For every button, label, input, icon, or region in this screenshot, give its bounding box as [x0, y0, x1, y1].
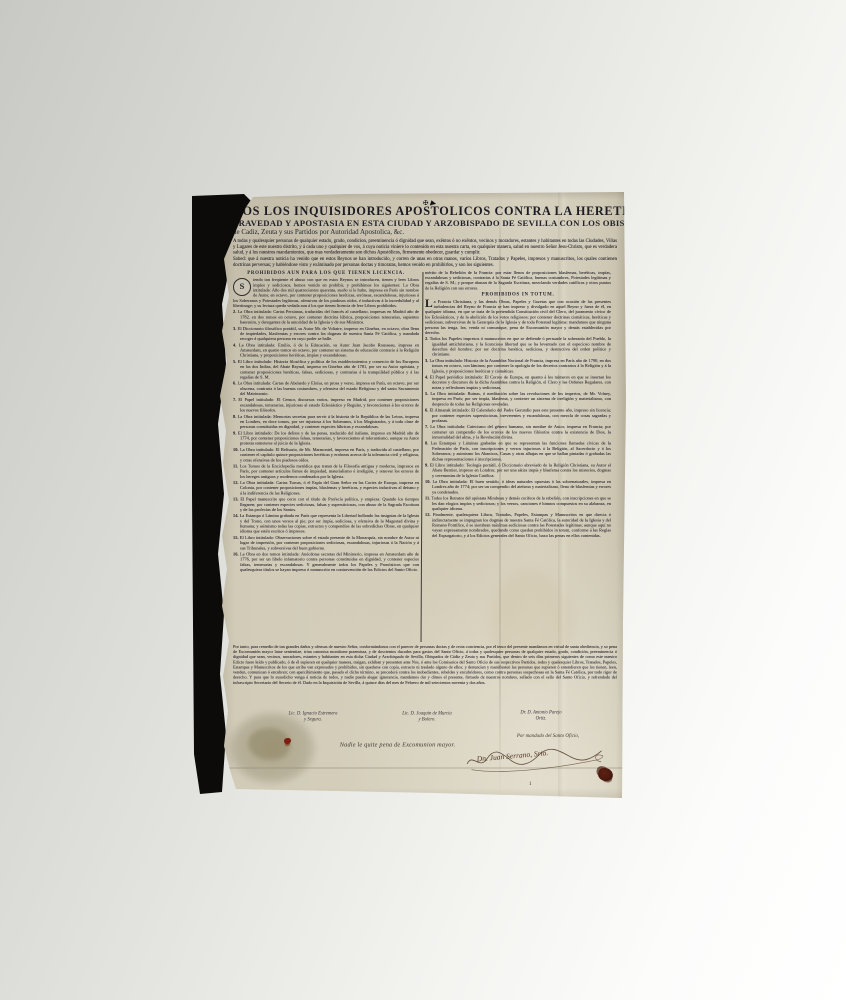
list-item: 6. El Almanak intitulado: El Calendario …: [425, 408, 611, 424]
list-item-text: La Obra intitulada: Cartas Persianas, tr…: [238, 309, 419, 324]
list-item-text: iendo tan freqüente el abuso con que en …: [233, 277, 419, 308]
item-number: 3.: [233, 326, 236, 331]
list-item: 8. Las Estampas y Láminas grabadas en qu…: [425, 441, 611, 462]
item-number: 5.: [425, 391, 428, 396]
excommunication-note: Nadie le quite pena de Excomunion mayor.: [320, 741, 475, 749]
list-item-text: La Obra en dos tomos intitulada: Anécdot…: [240, 551, 419, 572]
list-item: 10. La Obra intitulada: El Belisario, de…: [233, 447, 419, 463]
item-number: 4.: [233, 342, 236, 347]
page-number: 1: [529, 781, 532, 787]
list-item: 12. La Obra intitulada: Cartas Turcas, ó…: [233, 480, 419, 496]
list-item: 4. La Obra intitulada: Emilio, ó de la E…: [233, 342, 419, 358]
initial-roundel: S: [233, 278, 251, 296]
item-number: 14.: [233, 513, 239, 518]
edict-intro-paragraph: A todas y qualesquier personas de qualqu…: [233, 238, 617, 256]
edict-title-line2: PRAVEDAD Y APOSTASIA EN ESTA CIUDAD Y AR…: [233, 218, 617, 228]
item-number: 3.: [425, 358, 428, 363]
item-number: 7.: [233, 397, 236, 402]
right-column: mérito de la Rebelión de la Francia: por…: [425, 270, 611, 642]
signature-line1: Dr. D. Antonio Parejo: [520, 710, 561, 715]
list-item: 11. Los Tomos de la Enciclopedia metódic…: [233, 463, 419, 479]
inquisitor-signature: Dr. D. Antonio ParejoOrtiz.: [481, 710, 601, 722]
list-item-text: Finalmente, qualesquiera Libros, Tratado…: [432, 512, 611, 538]
item-number: 9.: [425, 462, 428, 467]
secretary-handwritten-signature: Dn. Juan Serrano, Srio.: [463, 739, 620, 780]
list-item: 7. El Papel intitulado: El Censor, discu…: [233, 397, 419, 413]
list-item: 12. Finalmente, qualesquiera Libros, Tra…: [425, 512, 611, 538]
prohibited-books-list-right: 2. Todos los Papeles impresos ó manuscri…: [425, 336, 611, 538]
list-item-text: La Obra intitulada: Cartas Turcas, ó el …: [240, 480, 419, 495]
item-number: 11.: [233, 463, 238, 468]
item-number: 8.: [425, 441, 428, 446]
list-item-text: El Libro intitulado: Historia filosófica…: [238, 359, 419, 380]
mandate-line: Por mandado del Santo Oficio,: [493, 733, 603, 739]
list-item: 2. La Obra intitulada: Cartas Persianas,…: [233, 309, 419, 325]
list-item-text: La Obra intitulada: Cartas de Abelardo y…: [238, 381, 419, 396]
column-divider-rule: [421, 272, 424, 642]
signature-line2: Ortiz.: [536, 716, 547, 721]
list-item: 13. El Papel manuscrito que corre con el…: [233, 497, 419, 513]
list-item-text: El Libro intitulado: De los delitos y de…: [238, 430, 419, 445]
list-item: 3. La Obra intitulada: Historia de la As…: [425, 358, 611, 374]
signature-line1: Lic. D. Joaquin de Murcia: [402, 711, 452, 716]
item-number: 15.: [233, 535, 239, 540]
prohibited-books-list-left: 2. La Obra intitulada: Cartas Persianas,…: [233, 309, 419, 572]
closing-mandate-paragraph: Por tanto, para remedio de tan grandes d…: [233, 644, 617, 685]
list-item: La Francia Christiana, y las demás Obras…: [425, 299, 611, 335]
ink-stain-core: [248, 728, 290, 760]
list-item-text: Todos los Retratos del apóstata Mirabeau…: [431, 496, 611, 511]
left-column: PROHIBIDOS AUN PARA LOS QUE TIENEN LICEN…: [233, 270, 419, 642]
item-number: 9.: [233, 430, 236, 435]
item-number: 6.: [425, 408, 428, 413]
item-number: 12.: [233, 480, 239, 485]
list-item-text: La Obra intitulada: Ruinas, ó meditación…: [430, 391, 611, 406]
item-number: 7.: [425, 424, 428, 429]
list-item: 9. El Libro intitulado: Teología portáti…: [425, 462, 611, 478]
list-item: 4. El Papel periódico intitulado: El Cor…: [425, 374, 611, 390]
list-item-text: El Libro intitulado: Observaciones sobre…: [240, 535, 419, 550]
list-item-text: Los Tomos de la Enciclopedia metódica qu…: [240, 463, 419, 478]
list-item: 3. El Diccionario filosófico portátil, s…: [233, 326, 419, 342]
list-item: 8. La Obra intitulada: Memorias secretas…: [233, 414, 419, 430]
list-item-text: El Libro intitulado: Teología portátil, …: [430, 462, 611, 477]
item-number: 4.: [425, 374, 428, 379]
list-item-text: El Diccionario filosófico portátil, su A…: [238, 326, 419, 341]
item-number: 8.: [233, 414, 236, 419]
list-item-text: a Francia Christiana, y las demás Obras,…: [425, 299, 611, 335]
list-item: 10. La Obra intitulada: El buen sentido,…: [425, 479, 611, 495]
list-item-text: El Papel intitulado: El Censor, discurso…: [238, 397, 419, 412]
item-number: 12.: [425, 512, 431, 517]
list-item-text: La Obra intitulada: Historia de la Asamb…: [429, 358, 611, 373]
item-number: 13.: [233, 497, 239, 502]
edict-intro-paragraph: Sabed: que á nuestra noticia ha venido q…: [233, 256, 617, 268]
document-paper: ✠ NOS LOS INQUISIDORES APOSTOLICOS CONTR…: [196, 190, 628, 802]
item-number: 2.: [425, 336, 428, 341]
item-number: 6.: [233, 381, 236, 386]
item-number: 10.: [425, 479, 431, 484]
list-item-text: La Estampa ó Lámina grabada en París que…: [240, 513, 419, 534]
item-number: 10.: [233, 447, 239, 452]
signature-line2: y Bolero.: [418, 717, 435, 722]
inquisitor-signature: Lic. D. Joaquin de Murciay Bolero.: [367, 711, 487, 723]
drop-cap: L: [425, 299, 433, 308]
item-number: 16.: [233, 551, 239, 556]
list-item-text: El Papel manuscrito que corre con el tít…: [240, 497, 419, 512]
list-item-text: La Obra intitulada: El buen sentido, ó i…: [432, 479, 611, 494]
list-item: Siendo tan freqüente el abuso con que en…: [233, 277, 419, 308]
edict-title-line3: de Cadiz, Zeuta y sus Partidos por Autor…: [233, 228, 617, 236]
right-column-heading: PROHIBIDOS IN TOTUM.: [425, 292, 611, 298]
list-item-text: La Obra intitulada: El Belisario, de Mr.…: [240, 447, 419, 462]
item-number: 5.: [233, 359, 236, 364]
list-item: 11. Todos los Retratos del apóstata Mira…: [425, 496, 611, 512]
left-column-heading: PROHIBIDOS AUN PARA LOS QUE TIENEN LICEN…: [233, 270, 419, 276]
right-column-intro: mérito de la Rebelión de la Francia: por…: [425, 270, 611, 291]
list-item-text: La Obra intitulada: Catecismo del género…: [430, 424, 611, 439]
list-item-text: La Obra intitulada: Memorias secretas pa…: [238, 414, 419, 429]
list-item: 6. La Obra intitulada: Cartas de Abelard…: [233, 381, 419, 397]
list-item-text: El Almanak intitulado: El Calendario del…: [430, 408, 611, 423]
two-column-text: PROHIBIDOS AUN PARA LOS QUE TIENEN LICEN…: [233, 270, 617, 642]
list-item: 16. La Obra en dos tomos intitulada: Ané…: [233, 551, 419, 572]
list-item: 9. El Libro intitulado: De los delitos y…: [233, 430, 419, 446]
item-number: 2.: [233, 309, 236, 314]
list-item: 5. La Obra intitulada: Ruinas, ó meditac…: [425, 391, 611, 407]
list-item: 5. El Libro intitulado: Historia filosóf…: [233, 359, 419, 380]
list-item-text: La Obra intitulada: Emilio, ó de la Educ…: [239, 342, 419, 357]
list-item-text: El Papel periódico intitulado: El Correo…: [430, 374, 611, 389]
list-item: 7. La Obra intitulada: Catecismo del gén…: [425, 424, 611, 440]
item-number: 11.: [425, 496, 430, 501]
list-item-text: Todos los Papeles impresos ó manuscritos…: [430, 336, 611, 357]
list-item: 2. Todos los Papeles impresos ó manuscri…: [425, 336, 611, 357]
list-item: 15. El Libro intitulado: Observaciones s…: [233, 535, 419, 551]
list-item-text: Las Estampas y Láminas grabadas en que s…: [431, 441, 611, 462]
edict-text-block: ✠ NOS LOS INQUISIDORES APOSTOLICOS CONTR…: [233, 205, 617, 707]
list-item: 14. La Estampa ó Lámina grabada en París…: [233, 513, 419, 534]
cross-ornament-icon: ✠: [423, 199, 428, 207]
photo-background: ✠ NOS LOS INQUISIDORES APOSTOLICOS CONTR…: [0, 0, 846, 1000]
